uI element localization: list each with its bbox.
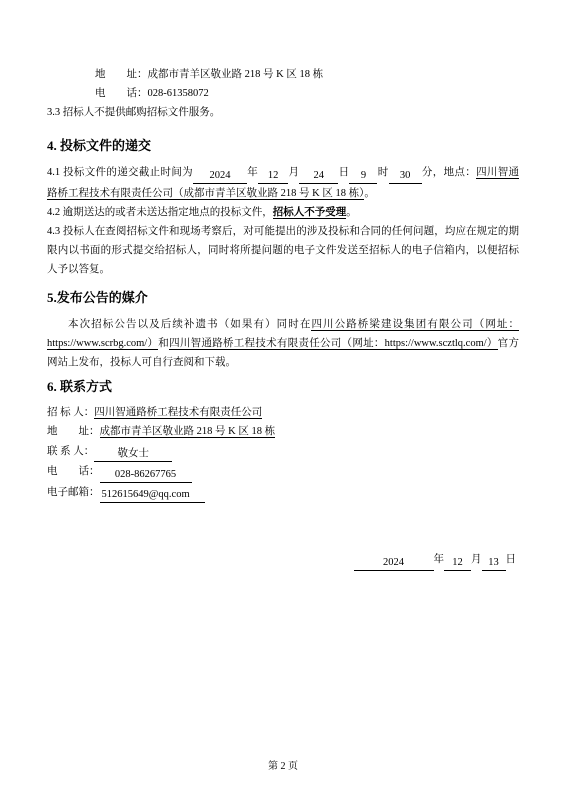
minute-unit-label: 分 (422, 167, 433, 178)
tenderee-value: 四川智通路桥工程技术有限责任公司 (94, 407, 262, 419)
deadline-prefix: 4.1 投标文件的递交截止时间为 (47, 167, 193, 178)
address-value: 成都市青羊区敬业路 218 号 K 区 18 栋 (100, 426, 276, 438)
media-site-2: 四川智通路桥工程技术有限责任公司（网址：https://www.scztlq.c… (169, 338, 498, 350)
contact-label: 电子邮箱： (47, 487, 100, 498)
contact-row-phone: 电 话：028-86267765 (47, 462, 519, 483)
month-unit-label: 月 (288, 167, 299, 178)
contact-label: 电 话： (47, 466, 100, 477)
hour-unit-label: 时 (377, 167, 388, 178)
top-phone-label: 电 话： (95, 88, 148, 99)
deadline-year-field: 2024 (193, 169, 247, 184)
date-year-field: 2024 (354, 556, 434, 571)
clause-4-1: 4.1 投标文件的递交截止时间为2024年12月24日9时30分，地点：四川智通… (47, 163, 519, 203)
contact-person-value: 敬女士 (94, 447, 172, 462)
clause-4-2-period: 。 (346, 207, 357, 218)
clause-4-2: 4.2 逾期送达的或者未送达指定地点的投标文件，招标人不予受理。 (47, 203, 519, 222)
contact-row-address: 地 址：成都市青羊区敬业路 218 号 K 区 18 栋 (47, 422, 519, 442)
contact-row-tenderee: 招 标 人：四川智通路桥工程技术有限责任公司 (47, 403, 519, 423)
contact-phone-value: 028-86267765 (100, 468, 192, 483)
contact-label: 招 标 人： (47, 407, 94, 418)
year-unit-label: 年 (247, 167, 258, 178)
top-address-label: 地 址： (95, 69, 148, 80)
deadline-minute-field: 30 (389, 169, 422, 184)
top-address-line: 地 址：成都市青羊区敬业路 218 号 K 区 18 栋 (47, 65, 519, 84)
clause-3-3: 3.3 招标人不提供邮购招标文件服务。 (47, 103, 519, 122)
top-address-value: 成都市青羊区敬业路 218 号 K 区 18 栋 (148, 69, 324, 80)
date-year-label: 年 (434, 554, 445, 565)
section6-heading: 6. 联系方式 (47, 377, 519, 397)
clause-4-2-text: 4.2 逾期送达的或者未送达指定地点的投标文件， (47, 207, 273, 218)
document-content: 地 址：成都市青羊区敬业路 218 号 K 区 18 栋 电 话：028-613… (47, 0, 519, 571)
section5-heading: 5.发布公告的媒介 (47, 288, 519, 308)
contact-email-value: 512615649@qq.com (100, 488, 205, 503)
signature-date-line: 2024年12月13日 (47, 550, 519, 571)
date-month-label: 月 (471, 554, 482, 565)
media-connector: 和 (158, 338, 169, 349)
contact-row-email: 电子邮箱：512615649@qq.com (47, 483, 519, 504)
document-page: 地 址：成都市青羊区敬业路 218 号 K 区 18 栋 电 话：028-613… (0, 0, 566, 800)
media-prefix: 本次招标公告以及后续补遗书（如果有）同时在 (68, 319, 311, 330)
deadline-day-field: 24 (299, 169, 338, 184)
section4-heading: 4. 投标文件的递交 (47, 136, 519, 156)
contact-row-person: 联 系 人：敬女士 (47, 442, 519, 463)
page-footer: 第 2 页 (0, 757, 566, 772)
clause-4-3: 4.3 投标人在查阅招标文件和现场考察后，对可能提出的涉及投标和合同的任何问题，… (47, 222, 519, 279)
day-unit-label: 日 (338, 167, 349, 178)
date-day-label: 日 (506, 554, 517, 565)
deadline-hour-field: 9 (349, 169, 377, 184)
location-prefix: ，地点： (433, 167, 476, 178)
contact-rows: 招 标 人：四川智通路桥工程技术有限责任公司 地 址：成都市青羊区敬业路 218… (47, 403, 519, 504)
top-phone-value: 028-61358072 (148, 88, 209, 99)
section5-paragraph: 本次招标公告以及后续补遗书（如果有）同时在四川公路桥梁建设集团有限公司（网址：h… (47, 315, 519, 372)
date-month-field: 12 (444, 556, 471, 571)
deadline-month-field: 12 (258, 169, 288, 184)
contact-label: 联 系 人： (47, 446, 94, 457)
no-acceptance-emphasis: 招标人不予受理 (273, 207, 347, 219)
top-phone-line: 电 话：028-61358072 (47, 84, 519, 103)
date-day-field: 13 (482, 556, 506, 571)
contact-label: 地 址： (47, 426, 100, 437)
clause-4-1-period: 。 (364, 188, 375, 199)
